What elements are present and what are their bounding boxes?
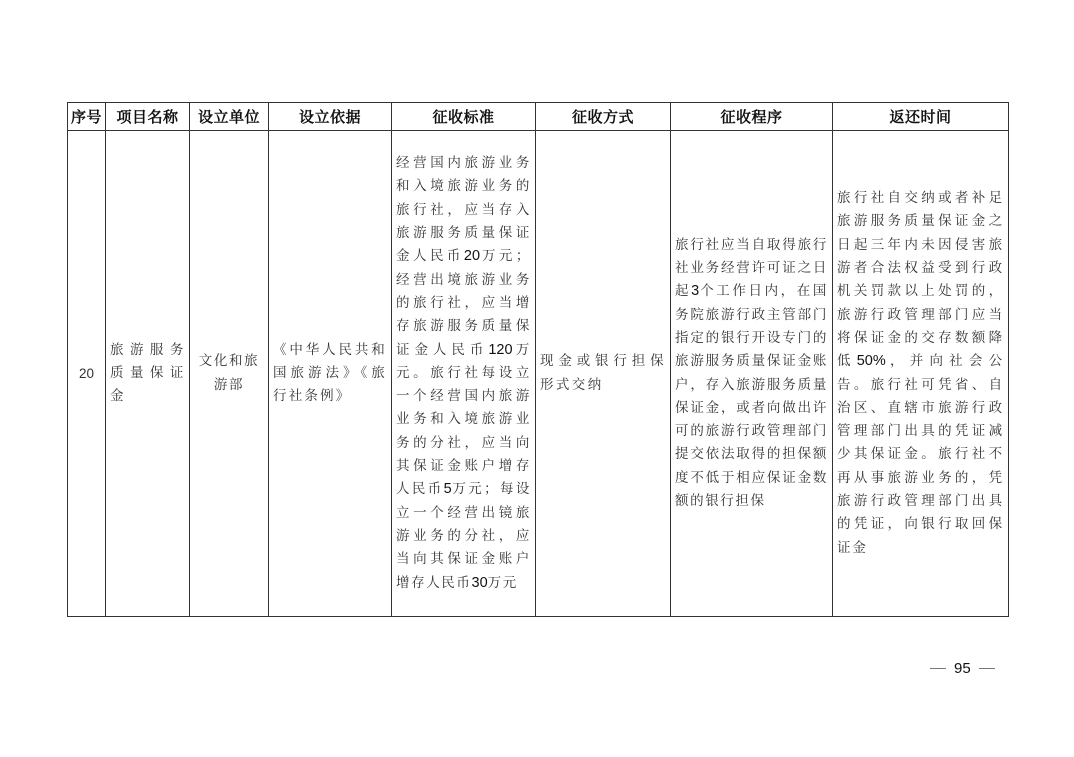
page-number-value: 95 xyxy=(954,660,971,677)
return-reduction-percent: 50% xyxy=(857,353,886,369)
header-legal-basis: 设立依据 xyxy=(269,103,392,131)
fee-table: 序号 项目名称 设立单位 设立依据 征收标准 征收方式 征收程序 返还时间 20… xyxy=(67,102,1009,617)
procedure-days: 3 xyxy=(691,283,699,299)
project-name-text: 旅游服务质量保证金 xyxy=(106,339,189,409)
return-part-1: 旅行社自交纳或者补足旅游服务质量保证金之日起三年内未因侵害旅游者合法权益受到行政… xyxy=(837,190,1004,369)
table-row: 20 旅游服务质量保证金 文化和旅游部 《中华人民共和国旅游法》《旅行社条例》 … xyxy=(68,131,1009,617)
standard-amount-domestic: 20 xyxy=(464,248,480,264)
header-collection-method: 征收方式 xyxy=(536,103,671,131)
cell-collection-procedure: 旅行社应当自取得旅行社业务经营许可证之日起3个工作日内，在国务院旅游行政主管部门… xyxy=(671,131,833,617)
standard-amount-outbound: 120 xyxy=(488,342,512,358)
cell-seq: 20 xyxy=(68,131,106,617)
return-part-2: ，并向社会公告。旅行社可凭省、自治区、直辖市旅游行政管理部门出具的凭证减少其保证… xyxy=(837,353,1004,555)
page-number: 95 xyxy=(930,660,995,677)
cell-return-time: 旅行社自交纳或者补足旅游服务质量保证金之日起三年内未因侵害旅游者合法权益受到行政… xyxy=(833,131,1009,617)
collection-procedure-text: 旅行社应当自取得旅行社业务经营许可证之日起3个工作日内，在国务院旅游行政主管部门… xyxy=(671,234,832,514)
legal-basis-text: 《中华人民共和国旅游法》《旅行社条例》 xyxy=(269,339,391,409)
standard-part-5: 万元 xyxy=(488,575,518,591)
collection-standard-text: 经营国内旅游业务和入境旅游业务的旅行社，应当存入旅游服务质量保证金人民币20万元… xyxy=(392,152,535,595)
table-header-row: 序号 项目名称 设立单位 设立依据 征收标准 征收方式 征收程序 返还时间 xyxy=(68,103,1009,131)
return-time-text: 旅行社自交纳或者补足旅游服务质量保证金之日起三年内未因侵害旅游者合法权益受到行政… xyxy=(833,187,1008,560)
procedure-part-2: 个工作日内，在国务院旅游行政主管部门指定的银行开设专门的旅游服务质量保证金账户，… xyxy=(675,283,828,509)
cell-collection-standard: 经营国内旅游业务和入境旅游业务的旅行社，应当存入旅游服务质量保证金人民币20万元… xyxy=(392,131,536,617)
header-collection-standard: 征收标准 xyxy=(392,103,536,131)
collection-method-text: 现金或银行担保形式交纳 xyxy=(536,350,670,397)
cell-legal-basis: 《中华人民共和国旅游法》《旅行社条例》 xyxy=(269,131,392,617)
standard-amount-domestic-branch: 5 xyxy=(444,481,452,497)
header-establishing-unit: 设立单位 xyxy=(190,103,269,131)
header-collection-procedure: 征收程序 xyxy=(671,103,833,131)
standard-amount-outbound-branch: 30 xyxy=(472,575,488,591)
dash-right xyxy=(979,668,995,669)
standard-part-3: 万元。旅行社每设立一个经营国内旅游业务和入境旅游业务的分社，应当向其保证金账户增… xyxy=(396,342,531,498)
cell-project-name: 旅游服务质量保证金 xyxy=(106,131,190,617)
header-project-name: 项目名称 xyxy=(106,103,190,131)
header-return-time: 返还时间 xyxy=(833,103,1009,131)
cell-establishing-unit: 文化和旅游部 xyxy=(190,131,269,617)
header-seq: 序号 xyxy=(68,103,106,131)
document-page: 序号 项目名称 设立单位 设立依据 征收标准 征收方式 征收程序 返还时间 20… xyxy=(0,0,1074,757)
establishing-unit-text: 文化和旅游部 xyxy=(190,350,268,397)
cell-collection-method: 现金或银行担保形式交纳 xyxy=(536,131,671,617)
dash-left xyxy=(930,668,946,669)
